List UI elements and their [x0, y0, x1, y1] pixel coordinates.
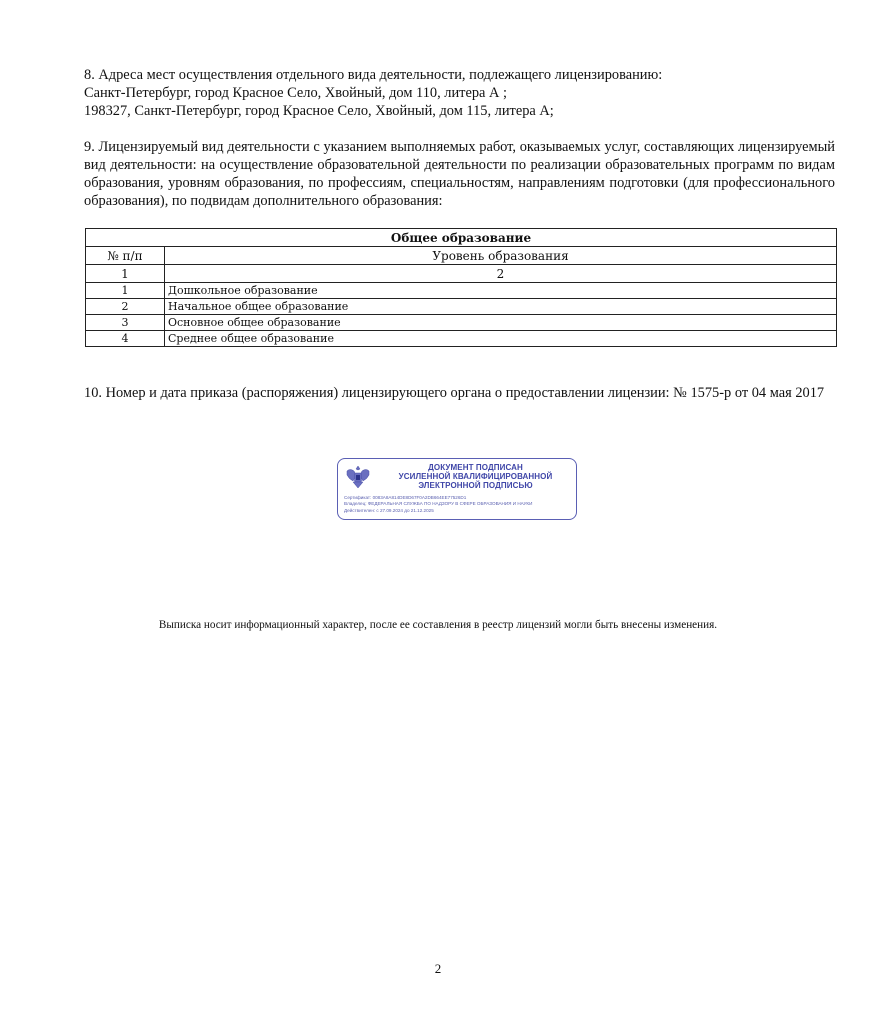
document-page: 8. Адреса мест осуществления отдельного …: [0, 0, 876, 1024]
row-number: 3: [86, 315, 165, 331]
address-line: 198327, Санкт-Петербург, город Красное С…: [84, 102, 835, 120]
column-header-level: Уровень образования: [165, 247, 837, 265]
section-10-order: 10. Номер и дата приказа (распоряжения) …: [84, 384, 835, 402]
stamp-title-line: ЭЛЕКТРОННОЙ ПОДПИСЬЮ: [378, 481, 573, 490]
row-level: Среднее общее образование: [165, 331, 837, 347]
address-line: Санкт-Петербург, город Красное Село, Хво…: [84, 84, 835, 102]
table-row: 2 Начальное общее образование: [86, 299, 837, 315]
stamp-details: Сертификат: 0083A8A814DE8D67F0A2DB664EE7…: [344, 495, 532, 514]
page-number: 2: [0, 961, 876, 977]
stamp-title-line: УСИЛЕННОЙ КВАЛИФИЦИРОВАННОЙ: [378, 472, 573, 481]
row-level: Дошкольное образование: [165, 283, 837, 299]
column-number: 1: [86, 265, 165, 283]
table-title: Общее образование: [86, 229, 837, 247]
stamp-validity: Действителен: с 27.09.2024 до 21.12.2025: [344, 508, 532, 514]
electronic-signature-stamp: ДОКУМЕНТ ПОДПИСАН УСИЛЕННОЙ КВАЛИФИЦИРОВ…: [337, 458, 577, 520]
table-row: 3 Основное общее образование: [86, 315, 837, 331]
section-8-addresses: 8. Адреса мест осуществления отдельного …: [84, 66, 835, 120]
table-column-numbers-row: 1 2: [86, 265, 837, 283]
column-header-number: № п/п: [86, 247, 165, 265]
stamp-title-line: ДОКУМЕНТ ПОДПИСАН: [378, 463, 573, 472]
row-level: Основное общее образование: [165, 315, 837, 331]
table-row: 1 Дошкольное образование: [86, 283, 837, 299]
education-levels-table: Общее образование № п/п Уровень образова…: [85, 228, 837, 347]
stamp-owner: Владелец: ФЕДЕРАЛЬНАЯ СЛУЖБА ПО НАДЗОРУ …: [344, 501, 532, 507]
table-header-row: № п/п Уровень образования: [86, 247, 837, 265]
section-9-licensed-activity: 9. Лицензируемый вид деятельности с указ…: [84, 138, 835, 210]
table-title-row: Общее образование: [86, 229, 837, 247]
coat-of-arms-icon: [344, 463, 372, 491]
row-number: 4: [86, 331, 165, 347]
row-number: 2: [86, 299, 165, 315]
table-row: 4 Среднее общее образование: [86, 331, 837, 347]
footer-disclaimer: Выписка носит информационный характер, п…: [0, 619, 876, 631]
stamp-title: ДОКУМЕНТ ПОДПИСАН УСИЛЕННОЙ КВАЛИФИЦИРОВ…: [378, 463, 573, 490]
section-8-heading: 8. Адреса мест осуществления отдельного …: [84, 66, 835, 84]
row-level: Начальное общее образование: [165, 299, 837, 315]
column-number: 2: [165, 265, 837, 283]
section-10-text: 10. Номер и дата приказа (распоряжения) …: [84, 384, 835, 402]
section-9-text: 9. Лицензируемый вид деятельности с указ…: [84, 138, 835, 210]
row-number: 1: [86, 283, 165, 299]
